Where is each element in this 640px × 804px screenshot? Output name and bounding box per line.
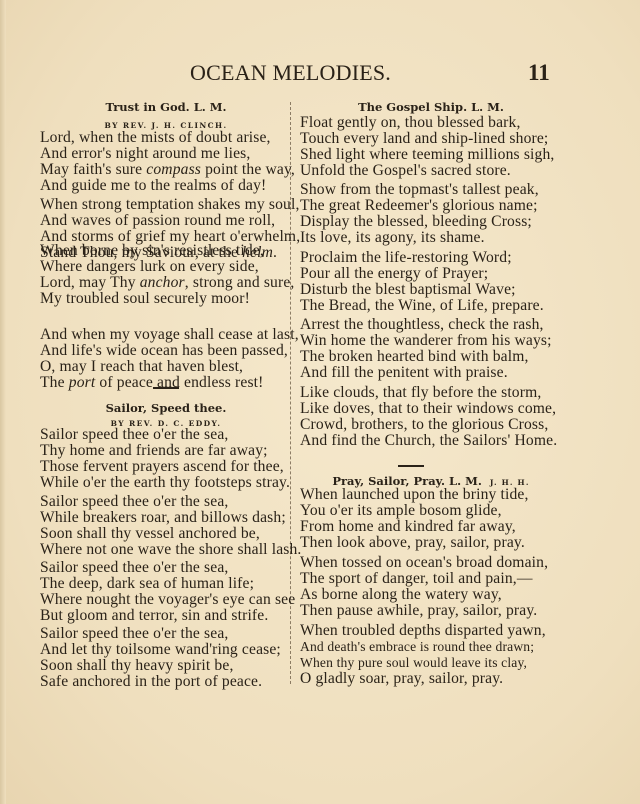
verse-line: Disturb the blest baptismal Wave; [300, 282, 516, 298]
section-rule [398, 465, 424, 467]
verse-line: And life's wide ocean has been passed, [40, 343, 288, 359]
verse-line: Proclaim the life-restoring Word; [300, 250, 512, 266]
page-gutter-edge [0, 0, 6, 804]
verse-line: Soon shall thy vessel anchored be, [40, 526, 260, 542]
verse-line: Sailor speed thee o'er the sea, [40, 626, 228, 642]
verse-line: Sailor speed thee o'er the sea, [40, 494, 228, 510]
verse-line: And waves of passion round me roll, [40, 213, 275, 229]
verse-line: And death's embrace is round thee drawn; [300, 639, 534, 655]
verse-line: O, may I reach that haven blest, [40, 359, 243, 375]
verse-line: Its love, its agony, its shame. [300, 230, 485, 246]
verse-line: Crowd, brothers, to the glorious Cross, [300, 417, 548, 433]
verse-line: Sailor speed thee o'er the sea, [40, 560, 228, 576]
verse-line: And fill the penitent with praise. [300, 365, 508, 381]
verse-line: Pour all the energy of Prayer; [300, 266, 488, 282]
verse-line: Then pause awhile, pray, sailor, pray. [300, 603, 537, 619]
hymn-title: Trust in God. L. M. [40, 100, 292, 114]
verse-line: When borne by sin's resistless tide, [40, 243, 264, 259]
verse-line: As borne along the watery way, [300, 587, 502, 603]
verse-line: Where nought the voyager's eye can see [40, 592, 295, 608]
running-head: OCEAN MELODIES. [190, 60, 391, 86]
verse-line: When launched upon the briny tide, [300, 487, 529, 503]
verse-line: And when my voyage shall cease at last, [40, 327, 299, 343]
verse-line: Safe anchored in the port of peace. [40, 674, 262, 690]
verse-line: The sport of danger, toil and pain,— [300, 571, 533, 587]
verse-line: O gladly soar, pray, sailor, pray. [300, 671, 503, 687]
verse-line: Show from the topmast's tallest peak, [300, 182, 539, 198]
verse-line: Then look above, pray, sailor, pray. [300, 535, 525, 551]
verse-line: And let thy toilsome wand'ring cease; [40, 642, 281, 658]
verse-line: Display the blessed, bleeding Cross; [300, 214, 532, 230]
hymn-title-text: Trust in God. L. M. [105, 100, 226, 114]
hymn-title: Sailor, Speed thee. [40, 401, 292, 415]
verse-line: Lord, when the mists of doubt arise, [40, 130, 271, 146]
verse-line: The deep, dark sea of human life; [40, 576, 254, 592]
verse-line: Lord, may Thy anchor, strong and sure, [40, 275, 294, 291]
verse-line: Arrest the thoughtless, check the rash, [300, 317, 544, 333]
verse-line: My troubled soul securely moor! [40, 291, 250, 307]
verse-line: But gloom and terror, sin and strife. [40, 608, 268, 624]
verse-line: Where not one wave the shore shall lash. [40, 542, 301, 558]
verse-line: May faith's sure compass point the way, [40, 162, 295, 178]
verse-line: Soon shall thy heavy spirit be, [40, 658, 234, 674]
verse-line: When tossed on ocean's broad domain, [300, 555, 548, 571]
verse-line: And find the Church, the Sailors' Home. [300, 433, 557, 449]
verse-line: Like clouds, that fly before the storm, [300, 385, 541, 401]
verse-line: While o'er the earth thy footsteps stray… [40, 475, 290, 491]
verse-line: Where dangers lurk on every side, [40, 259, 259, 275]
verse-line: Win home the wanderer from his ways; [300, 333, 552, 349]
verse-line: Float gently on, thou blessed bark, [300, 115, 521, 131]
verse-line: Like doves, that to their windows come, [300, 401, 556, 417]
verse-line: You o'er its ample bosom glide, [300, 503, 502, 519]
section-rule [153, 387, 179, 389]
verse-line: Touch every land and ship-lined shore; [300, 131, 548, 147]
verse-line: And guide me to the realms of day! [40, 178, 266, 194]
verse-line: And error's night around me lies, [40, 146, 250, 162]
verse-line: Sailor speed thee o'er the sea, [40, 427, 228, 443]
book-page: OCEAN MELODIES. 11 Trust in God. L. M.BY… [0, 0, 640, 804]
verse-line: The broken hearted bind with balm, [300, 349, 529, 365]
hymn-title-text: The Gospel Ship. L. M. [358, 100, 504, 114]
hymn-title-text: Sailor, Speed thee. [106, 401, 227, 415]
verse-line: From home and kindred far away, [300, 519, 516, 535]
verse-line: The port of peace and endless rest! [40, 375, 264, 391]
hymn-title: The Gospel Ship. L. M. [300, 100, 562, 114]
verse-line: The great Redeemer's glorious name; [300, 198, 538, 214]
verse-line: Unfold the Gospel's sacred store. [300, 163, 511, 179]
verse-line: Thy home and friends are far away; [40, 443, 268, 459]
verse-line: When strong temptation shakes my soul, [40, 197, 300, 213]
verse-line: While breakers roar, and billows dash; [40, 510, 286, 526]
verse-line: When thy pure soul would leave its clay, [300, 655, 527, 671]
verse-line: Those fervent prayers ascend for thee, [40, 459, 284, 475]
verse-line: Shed light where teeming millions sigh, [300, 147, 554, 163]
page-number: 11 [528, 60, 550, 86]
verse-line: The Bread, the Wine, of Life, prepare. [300, 298, 544, 314]
verse-line: When troubled depths disparted yawn, [300, 623, 546, 639]
